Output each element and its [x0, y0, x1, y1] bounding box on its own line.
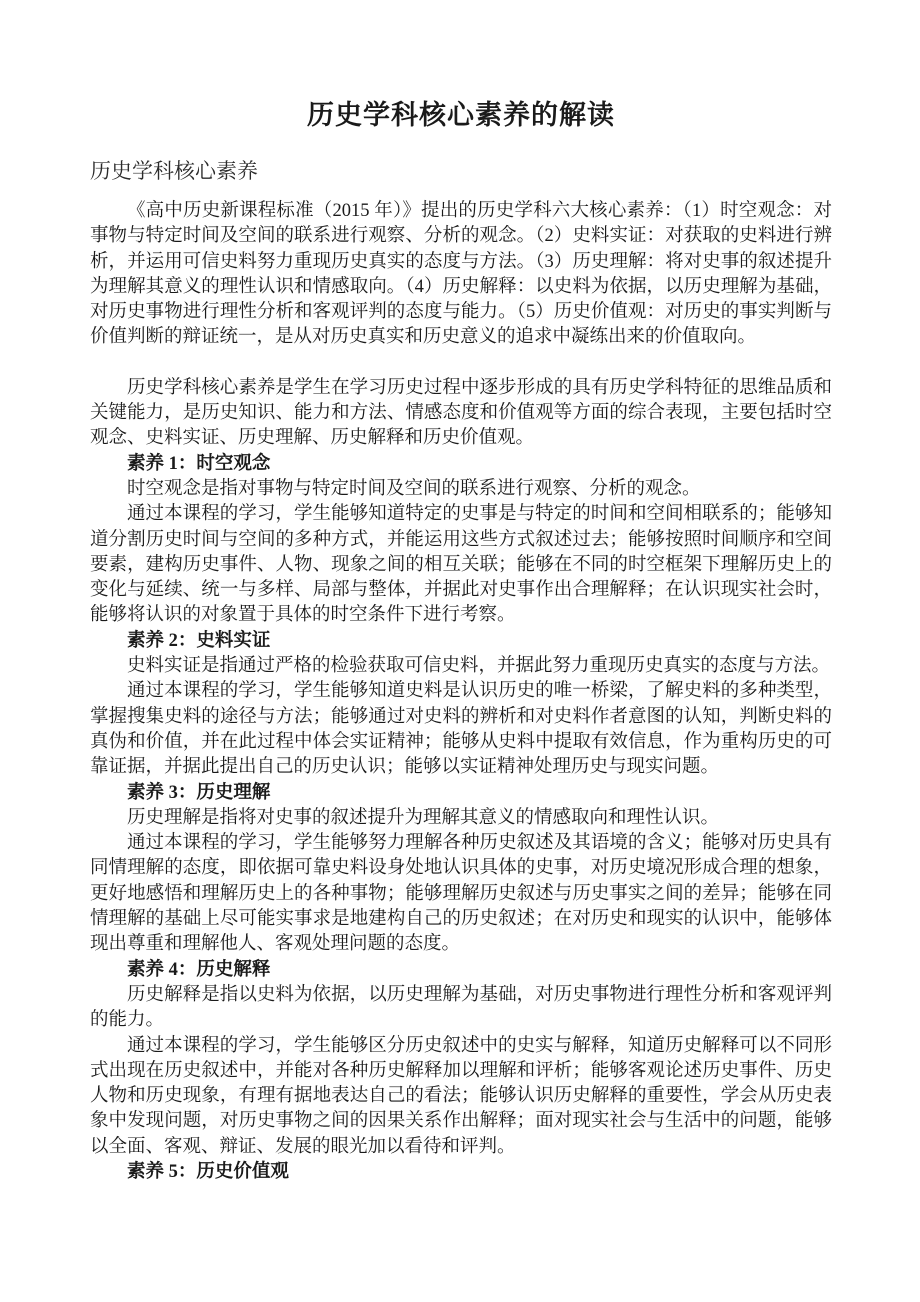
competency-2-description: 通过本课程的学习，学生能够知道史料是认识历史的唯一桥梁，了解史料的多种类型，掌握… — [90, 679, 832, 780]
competency-heading-2: 素养 2：史料实证 — [90, 629, 832, 654]
competency-heading-4: 素养 4：历史解释 — [90, 958, 832, 983]
document-subheading: 历史学科核心素养 — [90, 156, 832, 186]
competency-3-description: 通过本课程的学习，学生能够努力理解各种历史叙述及其语境的含义；能够对历史具有同情… — [90, 831, 832, 957]
document-page: 历史学科核心素养的解读 历史学科核心素养 《高中历史新课程标准（2015 年）》… — [0, 0, 920, 1302]
intro-paragraph-1: 《高中历史新课程标准（2015 年）》提出的历史学科六大核心素养：（1）时空观念… — [90, 199, 832, 351]
competency-4-description: 通过本课程的学习，学生能够区分历史叙述中的史实与解释，知道历史解释可以不同形式出… — [90, 1034, 832, 1160]
competency-2-definition: 史料实证是指通过严格的检验获取可信史料，并据此努力重现历史真实的态度与方法。 — [90, 654, 832, 679]
competency-heading-1: 素养 1：时空观念 — [90, 452, 832, 477]
competency-heading-5: 素养 5：历史价值观 — [90, 1160, 832, 1185]
document-title: 历史学科核心素养的解读 — [90, 96, 832, 134]
competency-1-definition: 时空观念是指对事物与特定时间及空间的联系进行观察、分析的观念。 — [90, 477, 832, 502]
competency-1-description: 通过本课程的学习，学生能够知道特定的史事是与特定的时间和空间相联系的；能够知道分… — [90, 502, 832, 628]
competency-3-definition: 历史理解是指将对史事的叙述提升为理解其意义的情感取向和理性认识。 — [90, 806, 832, 831]
intro-paragraph-2: 历史学科核心素养是学生在学习历史过程中逐步形成的具有历史学科特征的思维品质和关键… — [90, 376, 832, 452]
competency-heading-3: 素养 3：历史理解 — [90, 781, 832, 806]
competency-4-definition: 历史解释是指以史料为依据，以历史理解为基础，对历史事物进行理性分析和客观评判的能… — [90, 983, 832, 1034]
